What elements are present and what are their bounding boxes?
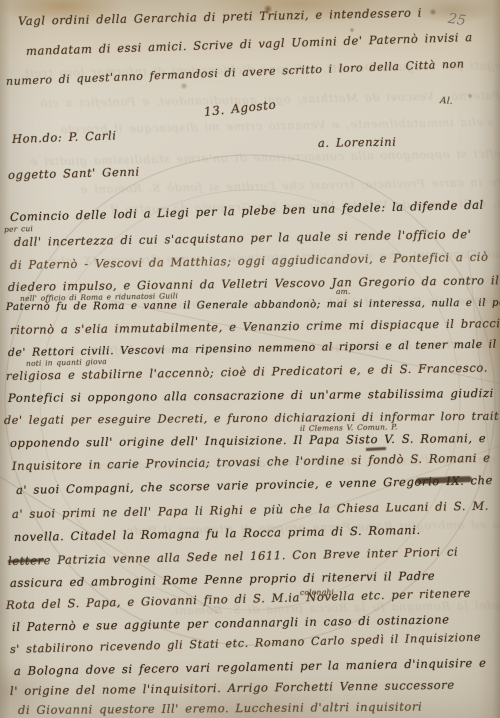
manuscript-line: Comincio delle lodi a Liegi per la plebe… — [10, 200, 484, 224]
interlinear-note: il Clemens V. Comun. P. — [300, 423, 398, 432]
manuscript-line: l' origine del nome l'inquisitori. Arrig… — [10, 680, 455, 698]
bleed-through-line: ritornò a s'elia immutabilmente, e Venan… — [60, 114, 500, 137]
salutation-left: Hon.do: P. Carli — [12, 130, 117, 145]
manuscript-line: diedero impulso, e Giovanni da Velletri … — [8, 275, 500, 293]
interlinear-note: per cui — [4, 225, 33, 234]
manuscript-line: opponendo sull' origine dell' Inquisizio… — [10, 433, 486, 449]
bleed-through-line: Inquisitore in carie Provincia; trovasi … — [80, 174, 500, 196]
manuscript-line: il Paternò e sue aggiunte per condannarg… — [12, 614, 450, 633]
manuscript-line: Pontefici si oppongono alla consacrazion… — [8, 388, 500, 405]
manuscript-line: ritornò a s'elia immutabilmente, e Venan… — [10, 318, 500, 336]
manuscript-line: di Giovanni questore Ill' eremo. Lucches… — [18, 701, 422, 716]
interlinear-note: Al. — [440, 97, 453, 107]
manuscript-page: di Paternò - Vescovi da Matthias; oggi a… — [0, 0, 500, 718]
interlinear-note: colonghi — [300, 588, 334, 596]
manuscript-line: de' legati per eseguire Decreti, e furon… — [4, 411, 500, 427]
folio-page-number: 25 — [447, 11, 467, 29]
manuscript-line: a Bologna dove si fecero vari regolament… — [14, 658, 487, 678]
manuscript-line: Vagl ordini della Gerarchia di preti Tri… — [18, 8, 422, 28]
manuscript-line: assicura ed ambrogini Rome Penne proprio… — [10, 571, 435, 590]
manuscript-line: lettere Patrizia venne alla Sede nel 161… — [8, 547, 458, 568]
subject-line: oggetto Sant' Genni — [8, 167, 140, 182]
salutation-right: a. Lorenzini — [318, 137, 397, 150]
manuscript-line: dall' incertezza di cui s'acquistano per… — [14, 229, 472, 248]
manuscript-line: s' stabilirono ricevendo gli Stati etc. … — [10, 632, 481, 656]
manuscript-line: mandatam di essi amici. Scrive di vagl U… — [26, 32, 473, 58]
interlinear-note: noti in quanti giova — [26, 358, 107, 368]
manuscript-line: de' Rettori civili. Vescovi ma ripensino… — [8, 339, 500, 359]
ink-blot — [366, 447, 386, 451]
manuscript-line: novella. Citadel la Romagna fu la Rocca … — [14, 525, 421, 544]
interlinear-note: am. — [336, 288, 351, 296]
